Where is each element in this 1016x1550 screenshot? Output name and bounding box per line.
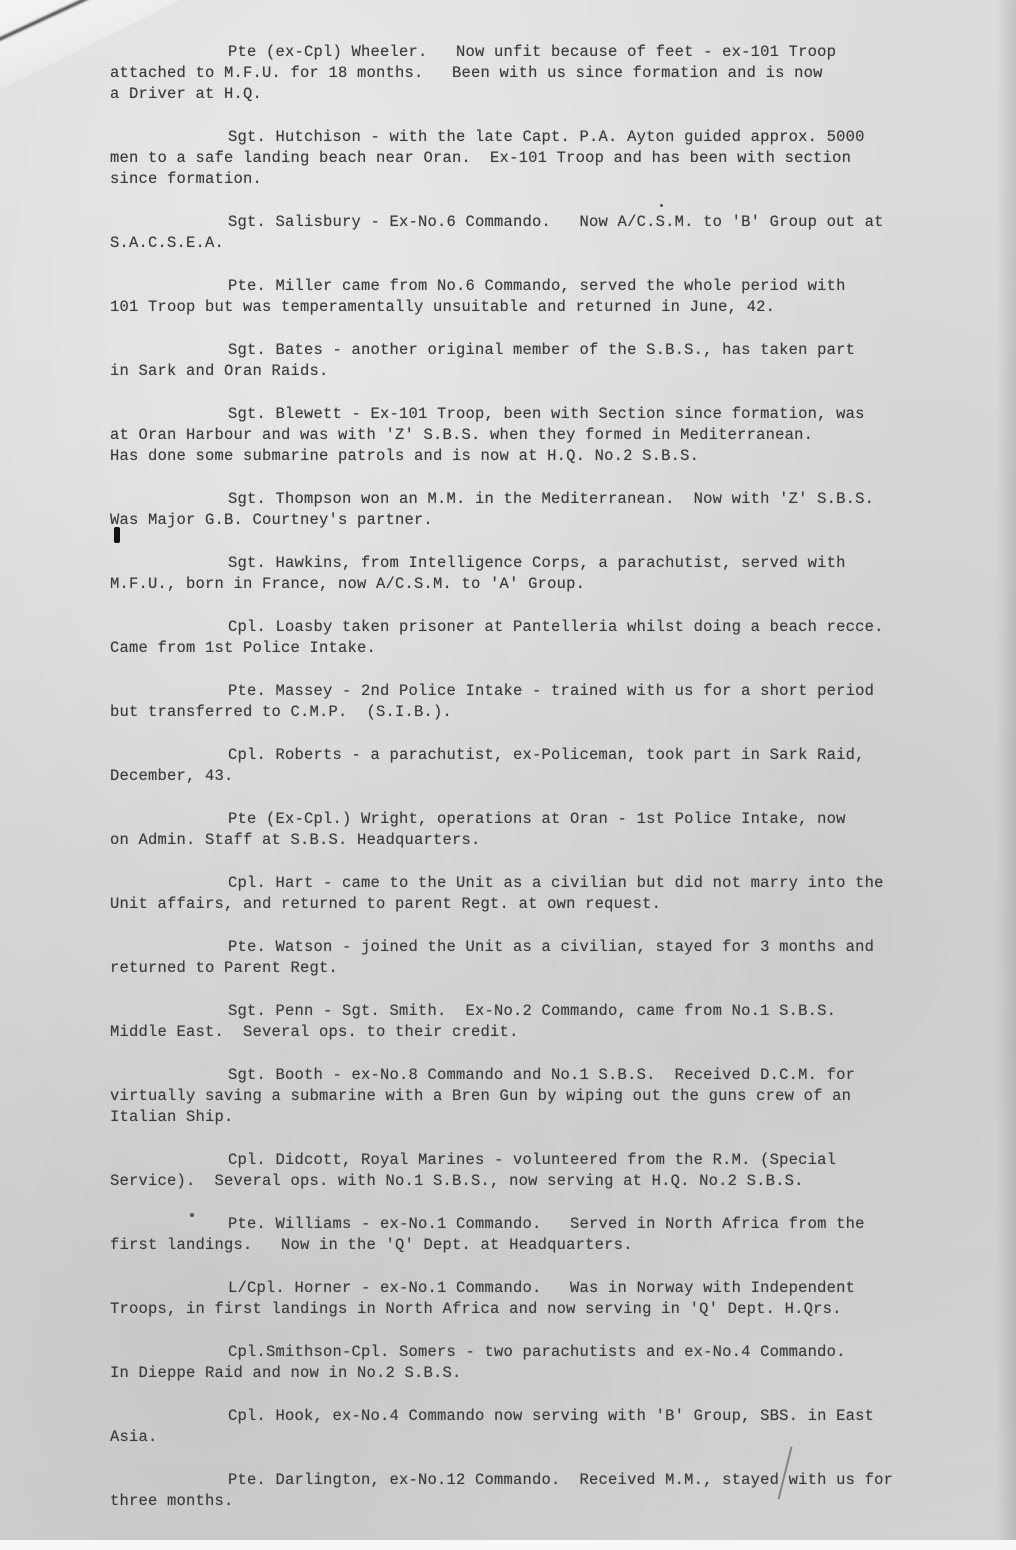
entry-first-line: Pte. Miller came from No.6 Commando, ser…	[110, 276, 990, 297]
entry-first-line: Cpl. Hart - came to the Unit as a civili…	[110, 873, 990, 894]
entry-continuation-line: but transferred to C.M.P. (S.I.B.).	[110, 702, 990, 723]
entry-first-line: Sgt. Thompson won an M.M. in the Mediter…	[110, 489, 990, 510]
entry-continuation-line: three months.	[110, 1491, 990, 1512]
entry-first-line: Pte (Ex-Cpl.) Wright, operations at Oran…	[110, 809, 990, 830]
entry-continuation-line: Asia.	[110, 1427, 990, 1448]
entry-first-line: Pte. Watson - joined the Unit as a civil…	[110, 937, 990, 958]
entry-continuation-line: Came from 1st Police Intake.	[110, 638, 990, 659]
entry-continuation-line: on Admin. Staff at S.B.S. Headquarters.	[110, 830, 990, 851]
personnel-entry: Cpl. Roberts - a parachutist, ex-Policem…	[110, 745, 990, 787]
entry-first-line: Pte. Massey - 2nd Police Intake - traine…	[110, 681, 990, 702]
entry-continuation-line: December, 43.	[110, 766, 990, 787]
entry-first-line: Pte (ex-Cpl) Wheeler. Now unfit because …	[110, 42, 990, 63]
personnel-entry: Sgt. Hawkins, from Intelligence Corps, a…	[110, 553, 990, 595]
entry-first-line: Sgt. Hutchison - with the late Capt. P.A…	[110, 127, 990, 148]
personnel-entry: Cpl. Hart - came to the Unit as a civili…	[110, 873, 990, 915]
document-page: Pte (ex-Cpl) Wheeler. Now unfit because …	[0, 0, 1016, 1542]
personnel-entry: Sgt. Salisbury - Ex-No.6 Commando. Now A…	[110, 212, 990, 254]
entry-first-line: Pte. Darlington, ex-No.12 Commando. Rece…	[110, 1470, 990, 1491]
entry-continuation-line: Unit affairs, and returned to parent Reg…	[110, 894, 990, 915]
entry-first-line: Pte. Williams - ex-No.1 Commando. Served…	[110, 1214, 990, 1235]
entry-continuation-line: In Dieppe Raid and now in No.2 S.B.S.	[110, 1363, 990, 1384]
entry-first-line: Sgt. Blewett - Ex-101 Troop, been with S…	[110, 404, 990, 425]
page-edge-shadow	[996, 0, 1016, 1542]
entry-continuation-line: Service). Several ops. with No.1 S.B.S.,…	[110, 1171, 990, 1192]
entry-continuation-line: virtually saving a submarine with a Bren…	[110, 1086, 990, 1107]
personnel-entry: L/Cpl. Horner - ex-No.1 Commando. Was in…	[110, 1278, 990, 1320]
entry-continuation-line: in Sark and Oran Raids.	[110, 361, 990, 382]
entry-first-line: Sgt. Penn - Sgt. Smith. Ex-No.2 Commando…	[110, 1001, 990, 1022]
entry-continuation-line: Middle East. Several ops. to their credi…	[110, 1022, 990, 1043]
entry-continuation-line: a Driver at H.Q.	[110, 84, 990, 105]
entry-first-line: Sgt. Bates - another original member of …	[110, 340, 990, 361]
personnel-entry: Pte. Williams - ex-No.1 Commando. Served…	[110, 1214, 990, 1256]
entry-continuation-line: S.A.C.S.E.A.	[110, 233, 990, 254]
personnel-entry: Pte. Massey - 2nd Police Intake - traine…	[110, 681, 990, 723]
entry-continuation-line: M.F.U., born in France, now A/C.S.M. to …	[110, 574, 990, 595]
personnel-entry: Sgt. Bates - another original member of …	[110, 340, 990, 382]
personnel-entry: Pte. Darlington, ex-No.12 Commando. Rece…	[110, 1470, 990, 1512]
entry-first-line: Sgt. Salisbury - Ex-No.6 Commando. Now A…	[110, 212, 990, 233]
entry-first-line: L/Cpl. Horner - ex-No.1 Commando. Was in…	[110, 1278, 990, 1299]
personnel-entry: Sgt. Penn - Sgt. Smith. Ex-No.2 Commando…	[110, 1001, 990, 1043]
personnel-entry: Sgt. Blewett - Ex-101 Troop, been with S…	[110, 404, 990, 467]
entry-first-line: Sgt. Hawkins, from Intelligence Corps, a…	[110, 553, 990, 574]
personnel-entry: Pte. Watson - joined the Unit as a civil…	[110, 937, 990, 979]
entry-continuation-line: Italian Ship.	[110, 1107, 990, 1128]
personnel-entry: Pte (Ex-Cpl.) Wright, operations at Oran…	[110, 809, 990, 851]
speck-mark	[660, 204, 663, 207]
entry-continuation-line: 101 Troop but was temperamentally unsuit…	[110, 297, 990, 318]
personnel-entry: Pte. Miller came from No.6 Commando, ser…	[110, 276, 990, 318]
entry-continuation-line: Was Major G.B. Courtney's partner.	[110, 510, 990, 531]
personnel-entry: Sgt. Thompson won an M.M. in the Mediter…	[110, 489, 990, 531]
entry-first-line: Cpl. Didcott, Royal Marines - volunteere…	[110, 1150, 990, 1171]
personnel-entry: Sgt. Hutchison - with the late Capt. P.A…	[110, 127, 990, 190]
personnel-entry: Pte (ex-Cpl) Wheeler. Now unfit because …	[110, 42, 990, 105]
personnel-entry: Cpl.Smithson-Cpl. Somers - two parachuti…	[110, 1342, 990, 1384]
entry-continuation-line: Troops, in first landings in North Afric…	[110, 1299, 990, 1320]
entry-continuation-line: since formation.	[110, 169, 990, 190]
personnel-entry: Sgt. Booth - ex-No.8 Commando and No.1 S…	[110, 1065, 990, 1128]
entry-continuation-line: attached to M.F.U. for 18 months. Been w…	[110, 63, 990, 84]
personnel-entry: Cpl. Loasby taken prisoner at Pantelleri…	[110, 617, 990, 659]
entry-continuation-line: at Oran Harbour and was with 'Z' S.B.S. …	[110, 425, 990, 446]
entry-continuation-line: men to a safe landing beach near Oran. E…	[110, 148, 990, 169]
personnel-entry: Cpl. Didcott, Royal Marines - volunteere…	[110, 1150, 990, 1192]
entry-first-line: Sgt. Booth - ex-No.8 Commando and No.1 S…	[110, 1065, 990, 1086]
entry-first-line: Cpl.Smithson-Cpl. Somers - two parachuti…	[110, 1342, 990, 1363]
entry-continuation-line: returned to Parent Regt.	[110, 958, 990, 979]
entry-first-line: Cpl. Hook, ex-No.4 Commando now serving …	[110, 1406, 990, 1427]
typewritten-personnel-list: Pte (ex-Cpl) Wheeler. Now unfit because …	[110, 42, 990, 1534]
entry-continuation-line: first landings. Now in the 'Q' Dept. at …	[110, 1235, 990, 1256]
entry-first-line: Cpl. Roberts - a parachutist, ex-Policem…	[110, 745, 990, 766]
speck-mark	[190, 1213, 194, 1217]
entry-first-line: Cpl. Loasby taken prisoner at Pantelleri…	[110, 617, 990, 638]
entry-continuation-line: Has done some submarine patrols and is n…	[110, 446, 990, 467]
scan-margin	[0, 1540, 1016, 1550]
ink-mark	[114, 527, 120, 543]
personnel-entry: Cpl. Hook, ex-No.4 Commando now serving …	[110, 1406, 990, 1448]
